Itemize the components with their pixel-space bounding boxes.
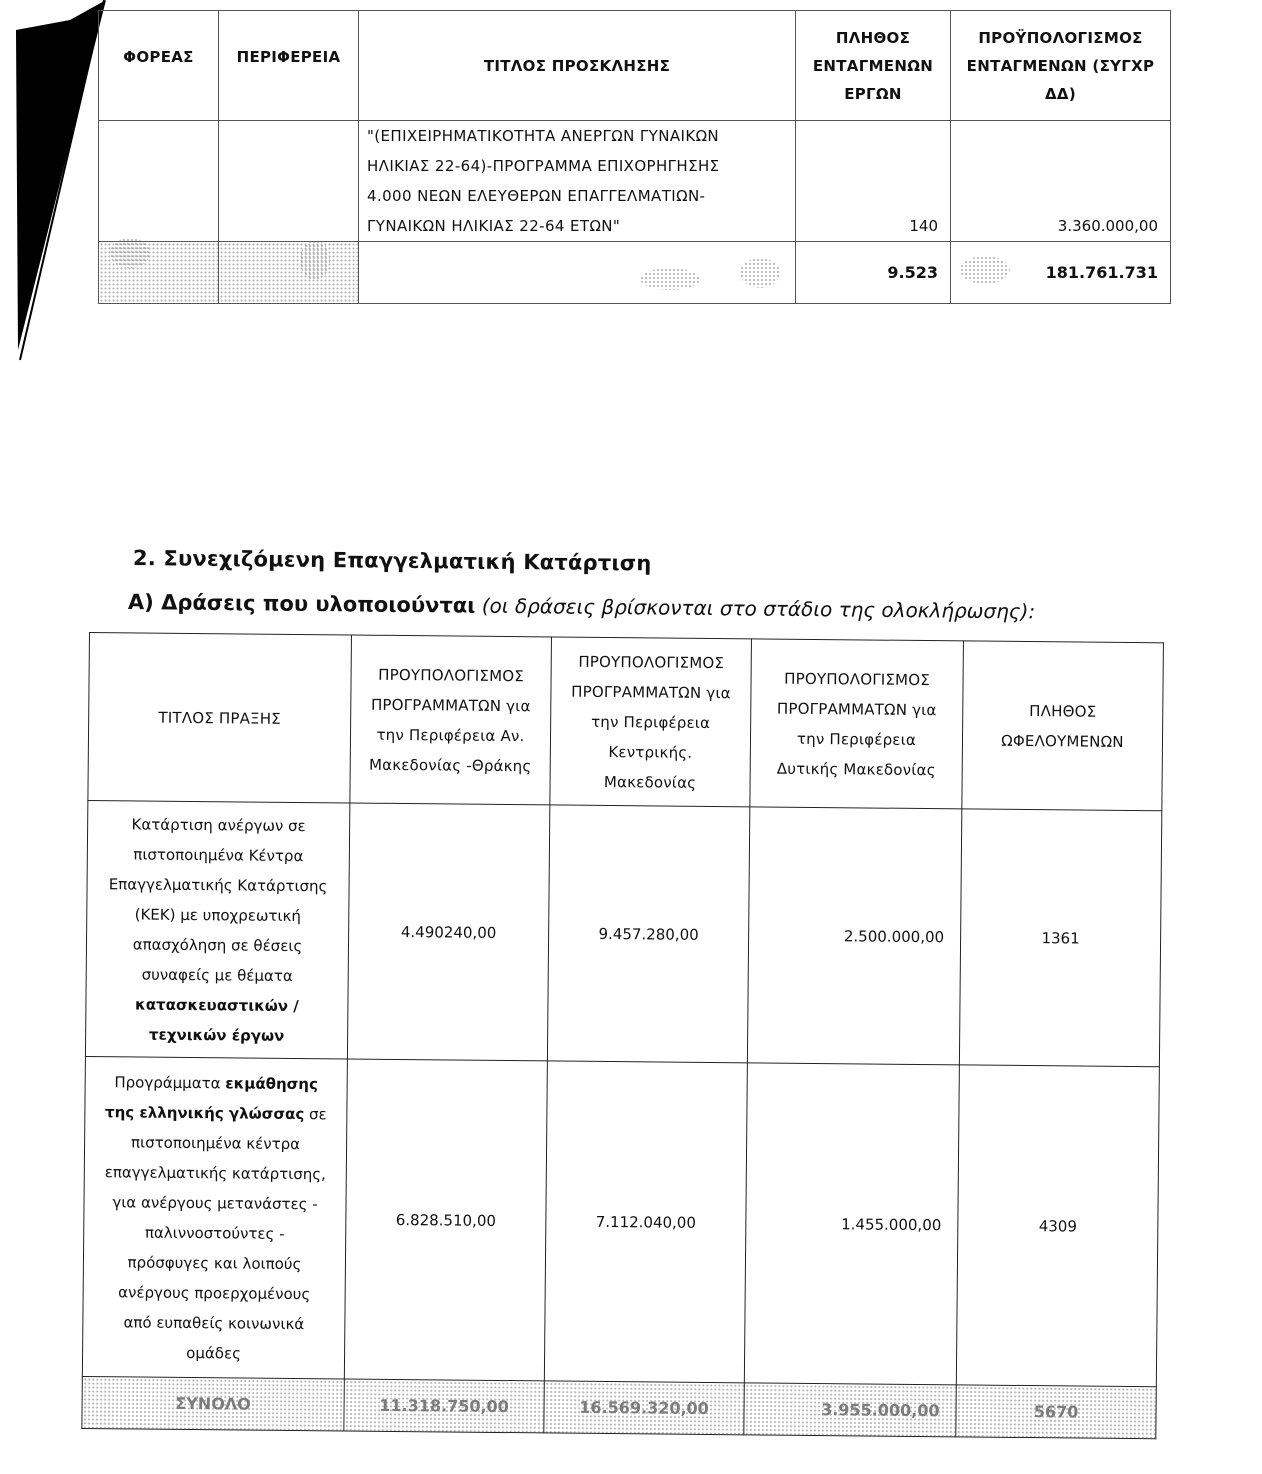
title-text-bold: της ελληνικής γλώσσας (105, 1103, 304, 1123)
header-agency: ΦΟΡΕΑΣ (99, 11, 219, 121)
header-budget-km: ΠΡΟΥΠΟΛΟΓΙΣΜΟΣ ΠΡΟΓΡΑΜΜΑΤΩΝ για την Περι… (550, 637, 752, 807)
table-header-row: ΤΙΤΛΟΣ ΠΡΑΞΗΣ ΠΡΟΥΠΟΛΟΓΙΣΜΟΣ ΠΡΟΓΡΑΜΜΑΤΩ… (88, 633, 1164, 811)
header-line: Δυτικής Μακεδονίας (751, 753, 962, 785)
cell-action-title: Κατάρτιση ανέργων σε πιστοποιημένα Κέντρ… (85, 800, 349, 1059)
header-budget-dm: ΠΡΟΥΠΟΛΟΓΙΣΜΟΣ ΠΡΟΓΡΑΜΜΑΤΩΝ για την Περι… (750, 639, 964, 809)
header-budget-text: ΠΡΟΫΠΟΛΟΓΙΣΜΟΣ ΕΝΤΑΓΜΕΝΩΝ (ΣΥΓΧΡ ΔΔ) (967, 29, 1155, 103)
scan-noise (110, 238, 150, 268)
cell-region (219, 121, 359, 242)
header-region: ΠΕΡΙΦΕΡΕΙΑ (219, 11, 359, 121)
title-line: (ΚΕΚ) με υποχρεωτική (95, 899, 340, 931)
header-projects-count: ΠΛΗΘΟΣ ΕΝΤΑΓΜΕΝΩΝ ΕΡΓΩΝ (796, 11, 951, 121)
header-line: ΠΡΟΓΡΑΜΜΑΤΩΝ για (351, 689, 550, 721)
title-text-bold: εκμάθησης (225, 1074, 318, 1093)
header-projects-count-text: ΠΛΗΘΟΣ ΕΝΤΑΓΜΕΝΩΝ ΕΡΓΩΝ (813, 29, 933, 103)
approved-calls-table: ΦΟΡΕΑΣ ΠΕΡΙΦΕΡΕΙΑ ΤΙΤΛΟΣ ΠΡΟΣΚΛΗΣΗΣ ΠΛΗΘ… (98, 10, 1171, 304)
total-budget-dm: 3.955.000,00 (744, 1383, 956, 1437)
cell-budget-amth: 6.828.510,00 (344, 1059, 547, 1381)
scan-edge-artifact (0, 0, 110, 370)
header-line: Μακεδονίας -Θράκης (351, 749, 550, 781)
cell-call-title: "(ΕΠΙΧΕΙΡΗΜΑΤΙΚΟΤΗΤΑ ΑΝΕΡΓΩΝ ΓΥΝΑΙΚΩΝ ΗΛ… (359, 121, 796, 242)
totals-row: 9.523 181.761.731 (99, 242, 1171, 304)
title-line: επαγγελματικής κατάρτισης, (93, 1157, 338, 1189)
title-line: πρόσφυγες και λοιπούς (92, 1247, 337, 1279)
header-line: την Περιφέρεια (551, 706, 750, 738)
total-projects-count: 9.523 (796, 242, 951, 304)
actions-table: ΤΙΤΛΟΣ ΠΡΑΞΗΣ ΠΡΟΥΠΟΛΟΓΙΣΜΟΣ ΠΡΟΓΡΑΜΜΑΤΩ… (81, 632, 1164, 1439)
title-line-bold: κατασκευαστικών / (94, 989, 339, 1021)
title-line: παλιννοστούντες - (92, 1217, 337, 1249)
title-line: Προγράμματα εκμάθησης (94, 1067, 339, 1099)
title-line: Κατάρτιση ανέργων σε (96, 809, 341, 841)
title-line: για ανέργους μετανάστες - (92, 1187, 337, 1219)
header-line: ΠΡΟΓΡΑΜΜΑΤΩΝ για (551, 676, 750, 708)
total-blank (359, 242, 796, 304)
header-budget: ΠΡΟΫΠΟΛΟΓΙΣΜΟΣ ΕΝΤΑΓΜΕΝΩΝ (ΣΥΓΧΡ ΔΔ) (951, 11, 1171, 121)
title-line: από ευπαθείς κοινωνικά (91, 1307, 336, 1339)
header-action-title: ΤΙΤΛΟΣ ΠΡΑΞΗΣ (88, 633, 352, 804)
total-label: ΣΥΝΟΛΟ (82, 1376, 344, 1431)
subsection-lead: Α) Δράσεις που υλοποιούνται (128, 590, 476, 618)
cell-action-title: Προγράμματα εκμάθησης της ελληνικής γλώσ… (82, 1056, 347, 1379)
cell-beneficiaries: 1361 (959, 809, 1161, 1067)
total-blank (219, 242, 359, 304)
header-line: ΠΡΟΥΠΟΛΟΓΙΣΜΟΣ (552, 646, 751, 678)
cell-budget: 3.360.000,00 (951, 121, 1171, 242)
title-line: της ελληνικής γλώσσας σε (93, 1097, 338, 1129)
title-text: σε (304, 1105, 327, 1123)
title-line: απασχόληση σε θέσεις (95, 929, 340, 961)
header-line: Κεντρικής. (551, 736, 750, 768)
cell-budget-dm: 2.500.000,00 (747, 807, 961, 1065)
cell-agency (99, 121, 219, 242)
table-row: Προγράμματα εκμάθησης της ελληνικής γλώσ… (82, 1056, 1159, 1386)
cell-budget-km: 9.457.280,00 (547, 805, 749, 1063)
header-budget-amth: ΠΡΟΥΠΟΛΟΓΙΣΜΟΣ ΠΡΟΓΡΑΜΜΑΤΩΝ για την Περι… (350, 635, 552, 805)
totals-row: ΣΥΝΟΛΟ 11.318.750,00 16.569.320,00 3.955… (82, 1376, 1156, 1438)
total-budget-km: 16.569.320,00 (544, 1381, 744, 1435)
scan-noise (740, 258, 780, 288)
title-line: Επαγγελματικής Κατάρτισης (95, 869, 340, 901)
scan-noise (960, 256, 1010, 284)
cell-projects-count: 140 (796, 121, 951, 242)
cell-budget-km: 7.112.040,00 (544, 1061, 747, 1383)
title-line: ανέργους προερχομένους (92, 1277, 337, 1309)
title-text: Προγράμματα (114, 1073, 225, 1092)
header-line: την Περιφέρεια (751, 723, 962, 755)
call-title-line: "(ΕΠΙΧΕΙΡΗΜΑΤΙΚΟΤΗΤΑ ΑΝΕΡΓΩΝ ΓΥΝΑΙΚΩΝ (367, 121, 789, 151)
title-line-bold: τεχνικών έργων (94, 1019, 339, 1051)
header-line: ΠΡΟΥΠΟΛΟΓΙΣΜΟΣ (751, 663, 962, 695)
table-header-row: ΦΟΡΕΑΣ ΠΕΡΙΦΕΡΕΙΑ ΤΙΤΛΟΣ ΠΡΟΣΚΛΗΣΗΣ ΠΛΗΘ… (99, 11, 1171, 121)
call-title-line: ΗΛΙΚΙΑΣ 22-64)-ΠΡΟΓΡΑΜΜΑ ΕΠΙΧΟΡΗΓΗΣΗΣ (367, 151, 789, 181)
table-row: Κατάρτιση ανέργων σε πιστοποιημένα Κέντρ… (85, 800, 1161, 1066)
header-line: ΠΡΟΓΡΑΜΜΑΤΩΝ για (751, 693, 962, 725)
total-beneficiaries: 5670 (956, 1385, 1156, 1439)
call-title-line: ΓΥΝΑΙΚΩΝ ΗΛΙΚΙΑΣ 22-64 ΕΤΩΝ" (367, 211, 789, 241)
cell-beneficiaries: 4309 (956, 1065, 1159, 1387)
cell-budget-amth: 4.490240,00 (347, 803, 549, 1061)
header-line: ΠΡΟΥΠΟΛΟΓΙΣΜΟΣ (351, 659, 550, 691)
header-beneficiaries: ΠΛΗΘΟΣ ΩΦΕΛΟΥΜΕΝΩΝ (962, 641, 1164, 811)
title-line: ομάδες (91, 1337, 336, 1369)
title-line: πιστοποιημένα Κέντρα (96, 839, 341, 871)
header-call-title: ΤΙΤΛΟΣ ΠΡΟΣΚΛΗΣΗΣ (359, 11, 796, 121)
scan-noise (300, 240, 330, 280)
table-row: "(ΕΠΙΧΕΙΡΗΜΑΤΙΚΟΤΗΤΑ ΑΝΕΡΓΩΝ ΓΥΝΑΙΚΩΝ ΗΛ… (99, 121, 1171, 242)
scan-noise (640, 268, 700, 290)
subsection-heading: Α) Δράσεις που υλοποιούνται (οι δράσεις … (128, 590, 1035, 623)
total-budget-amth: 11.318.750,00 (344, 1379, 544, 1433)
call-title-line: 4.000 ΝΕΩΝ ΕΛΕΥΘΕΡΩΝ ΕΠΑΓΓΕΛΜΑΤΙΩΝ- (367, 181, 789, 211)
title-line: συναφείς με θέματα (95, 959, 340, 991)
header-line: ΩΦΕΛΟΥΜΕΝΩΝ (963, 725, 1162, 757)
header-line: την Περιφέρεια Αν. (351, 719, 550, 751)
subsection-note: (οι δράσεις βρίσκονται στο στάδιο της ολ… (475, 594, 1035, 624)
header-line: ΠΛΗΘΟΣ (963, 695, 1162, 727)
title-line: πιστοποιημένα κέντρα (93, 1127, 338, 1159)
section-title: 2. Συνεχιζόμενη Επαγγελματική Κατάρτιση (133, 546, 652, 575)
header-line: Μακεδονίας (550, 766, 749, 798)
cell-budget-dm: 1.455.000,00 (744, 1063, 959, 1385)
